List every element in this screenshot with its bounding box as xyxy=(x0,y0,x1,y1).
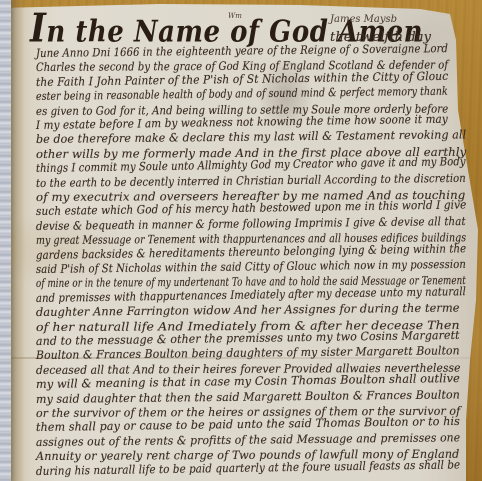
manuscript-line-suffix: the twelfth day xyxy=(330,30,431,45)
manuscript-body: June Anno Dni 1666 in the eighteenth yea… xyxy=(0,0,482,481)
manuscript-line: daughter Anne Farrington widow And her A… xyxy=(36,301,460,319)
manuscript-line: Boulton & Frances Boulton being daughter… xyxy=(36,344,460,363)
manuscript-photo: In the Name of God Amen Wm James Maysb J… xyxy=(0,0,482,481)
manuscript-line: be doe therefore make & declare this my … xyxy=(36,128,466,147)
